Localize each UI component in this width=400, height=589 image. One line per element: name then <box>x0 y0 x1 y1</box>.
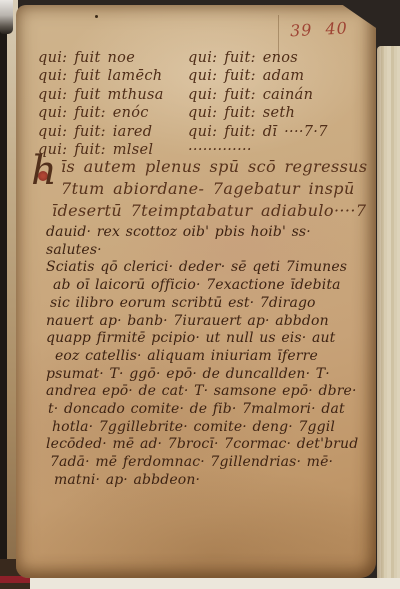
charter-line: eoz catellis· aliquam iniuriam īferre <box>46 348 372 366</box>
charter-line: dauid· rex scottoz oib' pbis hoib' ss· s… <box>46 224 372 259</box>
genealogy-entry-left: qui: fuit lamēch <box>38 67 188 85</box>
genealogy-entry-right: qui: fuit: enos <box>188 49 354 67</box>
genealogy-entry-left: qui: fuit noe <box>38 49 188 67</box>
genealogy-row: qui: fuit: enóc qui: fuit: seth <box>38 104 354 122</box>
genealogy-entry-left: qui: fuit mthusa <box>38 86 188 104</box>
genealogy-entry-left: qui: fuit: enóc <box>38 104 188 122</box>
folio-numbers: 39 40 <box>283 18 349 40</box>
genealogy-list: qui: fuit noe qui: fuit: enos qui: fuit … <box>38 49 354 159</box>
charter-line: quapp firmitē pcipio· ut null us eis· au… <box>46 330 372 348</box>
charter-line: 7adā· mē ferdomnac· 7gillendrias· mē· <box>46 454 372 472</box>
charter-line: sic ilibro eorum scribtū est· 7dirago <box>46 295 372 313</box>
folio-number-40: 40 <box>325 18 348 38</box>
charter-line: hotla· 7ggillebrite· comite· deng· 7ggil <box>46 419 372 437</box>
ink-speck <box>95 15 98 18</box>
genealogy-entry-right: qui: fuit: cainán <box>188 86 354 104</box>
metal-clasp <box>0 0 13 34</box>
genealogy-row: qui: fuit: iared qui: fuit: dī ····7·7 <box>38 123 354 141</box>
charter-line: t· doncado comite· de fib· 7malmori· dat <box>46 401 372 419</box>
charter-line: ab oī laicorū officio· 7exactione īdebit… <box>46 277 372 295</box>
charter-line: nauert ap· banb· 7iurauert ap· abbdon <box>46 313 372 331</box>
genealogy-row: qui: fuit mthusa qui: fuit: cainán <box>38 86 354 104</box>
gospel-line: īdesertū 7teimptabatur adiabulo····7 <box>52 200 368 222</box>
genealogy-entry-left: qui: fuit: iared <box>38 123 188 141</box>
genealogy-entry-right: qui: fuit: dī ····7·7 <box>188 123 354 141</box>
folio-number-39: 39 <box>290 20 313 40</box>
charter-line: andrea epō· de cat· T· samsone epō· dbre… <box>46 383 372 401</box>
page-edges-stack <box>377 46 400 578</box>
gospel-line: īs autem plenus spū scō regressus <box>61 156 368 178</box>
manuscript-page: 39 40 qui: fuit noe qui: fuit: enos qui:… <box>16 5 376 578</box>
genealogy-entry-right: qui: fuit: adam <box>188 67 354 85</box>
charter-line: Sciatis qō clerici· deder· sē qeti 7imun… <box>46 259 372 277</box>
gospel-text-block: īs autem plenus spū scō regressus 7tum a… <box>52 156 368 222</box>
genealogy-row: qui: fuit noe qui: fuit: enos <box>38 49 354 67</box>
charter-line: psumat· T· ggō· epō· de duncallden· T· <box>46 366 372 384</box>
charter-text-block: dauid· rex scottoz oib' pbis hoib' ss· s… <box>46 224 372 490</box>
charter-line: matni· ap· abbdeon· <box>46 472 372 490</box>
charter-line: lecōded· mē ad· 7brocī· 7cormac· det'bru… <box>46 436 372 454</box>
genealogy-row: qui: fuit lamēch qui: fuit: adam <box>38 67 354 85</box>
manuscript-photo: 39 40 qui: fuit noe qui: fuit: enos qui:… <box>0 0 400 589</box>
table-mat <box>0 578 400 589</box>
genealogy-entry-right: qui: fuit: seth <box>188 104 354 122</box>
gospel-line: 7tum abiordane- 7agebatur inspū <box>61 178 368 200</box>
